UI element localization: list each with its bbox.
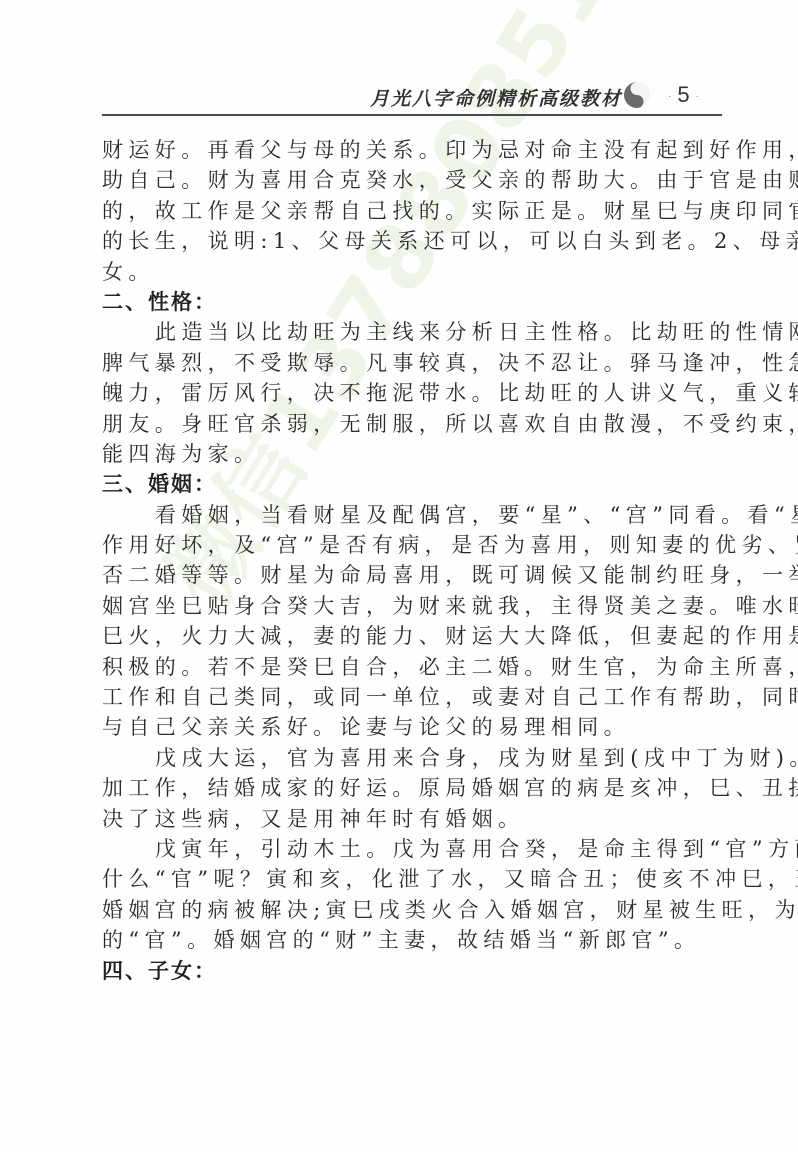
paragraph-start: 看婚姻，当看财星及配偶宫，要“星”、“宫”同看。看“星”起的 [102, 500, 696, 530]
text-line: 的“官”。婚姻宫的“财”主妻，故结婚当“新郎官”。 [102, 925, 696, 955]
text-line: 什么“官”呢？寅和亥，化泄了水，又暗合丑；使亥不冲巳，丑不拱巳， [102, 864, 696, 894]
text-line: 婚姻宫的病被解决;寅巳戌类火合入婚姻宫，财星被生旺，为财星带来 [102, 895, 696, 925]
paragraph-start: 戊寅年，引动木土。戊为喜用合癸，是命主得到“官”方面的好事。 [102, 834, 696, 864]
book-title: 月光八字命例精析高级教材 [370, 84, 622, 111]
paragraph-start: 此造当以比劫旺为主线来分析日主性格。比劫旺的性情刚毅，果敢， [102, 317, 696, 347]
text-line: 魄力，雷厉风行，决不拖泥带水。比劫旺的人讲义气，重义轻财，好交 [102, 378, 696, 408]
text-line: 财运好。再看父与母的关系。印为忌对命主没有起到好作用，不能够帮 [102, 135, 696, 165]
paragraph-start: 戊戌大运，官为喜用来合身，戌为财星到(戌中丁为财)。为命主参 [102, 743, 696, 773]
text-line: 助自己。财为喜用合克癸水，受父亲的帮助大。由于官是由财星(父)生 [102, 165, 696, 195]
text-line: 朋友。身旺官杀弱，无制服，所以喜欢自由散漫，不受约束，随心所欲， [102, 409, 696, 439]
text-line: 女。 [102, 257, 696, 287]
page-number: 5 [677, 82, 689, 107]
text-line: 能四海为家。 [102, 439, 696, 469]
text-line: 的，故工作是父亲帮自己找的。实际正是。财星巳与庚印同官，巳为庚 [102, 196, 696, 226]
section-heading-personality: 二、性格： [102, 287, 696, 317]
yin-yang-icon [622, 80, 652, 110]
text-line: 脾气暴烈，不受欺辱。凡事较真，决不忍让。驿马逢冲，性急，做事有 [102, 348, 696, 378]
text-line: 否二婚等等。财星为命局喜用，既可调候又能制约旺身，一举两得。婚 [102, 560, 696, 590]
section-heading-children: 四、子女： [102, 956, 696, 986]
book-page: 微信137880851 月光八字命例精析高级教材 ·5· 财运好。再看父与母的关… [0, 0, 798, 1152]
dot-right: · [696, 91, 699, 102]
body-text: 财运好。再看父与母的关系。印为忌对命主没有起到好作用，不能够帮 助自己。财为喜用… [102, 135, 696, 986]
text-line: 姻宫坐巳贴身合癸大吉，为财来就我，主得贤美之妻。唯水旺成势冲克 [102, 591, 696, 621]
text-line: 巳火，火力大减，妻的能力、财运大大降低，但妻起的作用是正面的， [102, 621, 696, 651]
page-number-wrapper: ·5· [662, 82, 705, 108]
text-line: 决了这些病，又是用神年时有婚姻。 [102, 804, 696, 834]
text-line: 积极的。若不是癸巳自合，必主二婚。财生官，为命主所喜，表示妻的 [102, 652, 696, 682]
section-heading-marriage: 三、婚姻： [102, 469, 696, 499]
text-line: 工作和自己类同，或同一单位，或妻对自己工作有帮助，同时也说明妻 [102, 682, 696, 712]
text-line: 作用好坏，及“宫”是否有病，是否为喜用，则知妻的优劣、贤愚，是 [102, 530, 696, 560]
text-line: 加工作，结婚成家的好运。原局婚姻宫的病是亥冲，巳、丑拱合，当解 [102, 773, 696, 803]
running-header: 月光八字命例精析高级教材 ·5· [102, 80, 722, 116]
text-line: 的长生，说明:1、父母关系还可以，可以白头到老。2、母亲为家里长 [102, 226, 696, 256]
dot-left: · [668, 91, 671, 102]
text-line: 与自己父亲关系好。论妻与论父的易理相同。 [102, 712, 696, 742]
